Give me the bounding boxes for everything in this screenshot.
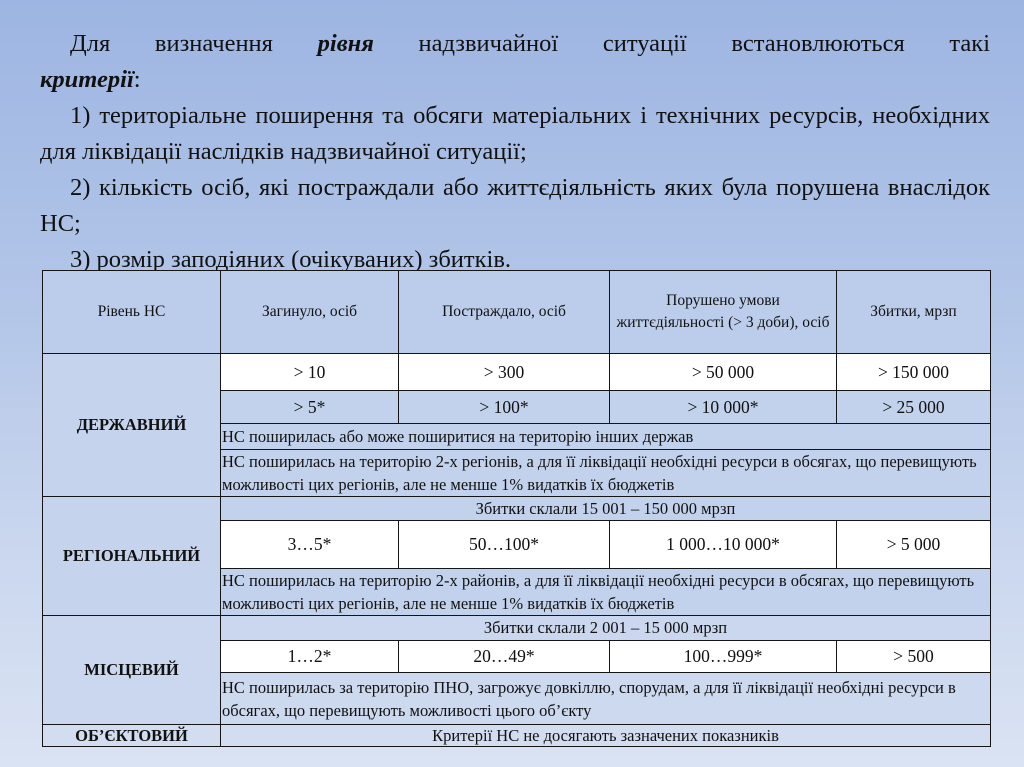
table-cell: 1 000…10 000* bbox=[610, 521, 837, 569]
table-cell: 50…100* bbox=[399, 521, 610, 569]
table-cell: > 10 000* bbox=[610, 391, 837, 424]
table-header-row: Рівень НС Загинуло, осіб Постраждало, ос… bbox=[43, 271, 991, 354]
table-cell: > 5 000 bbox=[837, 521, 991, 569]
table-row: РЕГІОНАЛЬНИЙ Збитки склали 15 001 – 150 … bbox=[43, 497, 991, 521]
header-injured: Постраждало, осіб bbox=[399, 271, 610, 354]
table-row: ОБ’ЄКТОВИЙ Критерії НС не досягають зазн… bbox=[43, 725, 991, 747]
level-regional: РЕГІОНАЛЬНИЙ bbox=[43, 497, 221, 616]
table-cell: 1…2* bbox=[221, 641, 399, 673]
state-description-1: НС поширилась або може поширитися на тер… bbox=[221, 424, 991, 450]
regional-description: НС поширилась на територію 2-х районів, … bbox=[221, 569, 991, 616]
table-cell: > 25 000 bbox=[837, 391, 991, 424]
table-cell: > 500 bbox=[837, 641, 991, 673]
table-row: ДЕРЖАВНИЙ > 10 > 300 > 50 000 > 150 000 bbox=[43, 354, 991, 391]
header-level: Рівень НС bbox=[43, 271, 221, 354]
intro-line-2: критерії: bbox=[40, 62, 990, 98]
table-cell: > 300 bbox=[399, 354, 610, 391]
object-description: Критерії НС не досягають зазначених пока… bbox=[221, 725, 991, 747]
table-cell: 100…999* bbox=[610, 641, 837, 673]
criterion-1: 1) територіальне поширення та обсяги мат… bbox=[40, 98, 990, 170]
intro-text: Для визначення рівня надзвичайної ситуац… bbox=[40, 26, 990, 278]
emphasis-criteria: критерії bbox=[40, 66, 134, 93]
table-cell: 3…5* bbox=[221, 521, 399, 569]
header-dead: Загинуло, осіб bbox=[221, 271, 399, 354]
header-disrupted: Порушено умови життєдіяльності (> 3 доби… bbox=[610, 271, 837, 354]
state-description-2: НС поширилась на територію 2-х регіонів,… bbox=[221, 450, 991, 497]
intro-line-1: Для визначення рівня надзвичайної ситуац… bbox=[40, 26, 990, 62]
local-damage-summary: Збитки склали 2 001 – 15 000 мрзп bbox=[221, 616, 991, 641]
emphasis-level: рівня bbox=[318, 30, 374, 57]
table-cell: 20…49* bbox=[399, 641, 610, 673]
regional-damage-summary: Збитки склали 15 001 – 150 000 мрзп bbox=[221, 497, 991, 521]
criterion-2: 2) кількість осіб, які постраждали або ж… bbox=[40, 170, 990, 242]
table-cell: > 5* bbox=[221, 391, 399, 424]
header-damage: Збитки, мрзп bbox=[837, 271, 991, 354]
table-row: МІСЦЕВИЙ Збитки склали 2 001 – 15 000 мр… bbox=[43, 616, 991, 641]
table-cell: > 10 bbox=[221, 354, 399, 391]
local-description: НС поширилась за територію ПНО, загрожує… bbox=[221, 673, 991, 725]
table-cell: > 50 000 bbox=[610, 354, 837, 391]
table-cell: > 100* bbox=[399, 391, 610, 424]
emergency-levels-table: Рівень НС Загинуло, осіб Постраждало, ос… bbox=[42, 270, 991, 747]
level-state: ДЕРЖАВНИЙ bbox=[43, 354, 221, 497]
table-cell: > 150 000 bbox=[837, 354, 991, 391]
level-local: МІСЦЕВИЙ bbox=[43, 616, 221, 725]
level-object: ОБ’ЄКТОВИЙ bbox=[43, 725, 221, 747]
